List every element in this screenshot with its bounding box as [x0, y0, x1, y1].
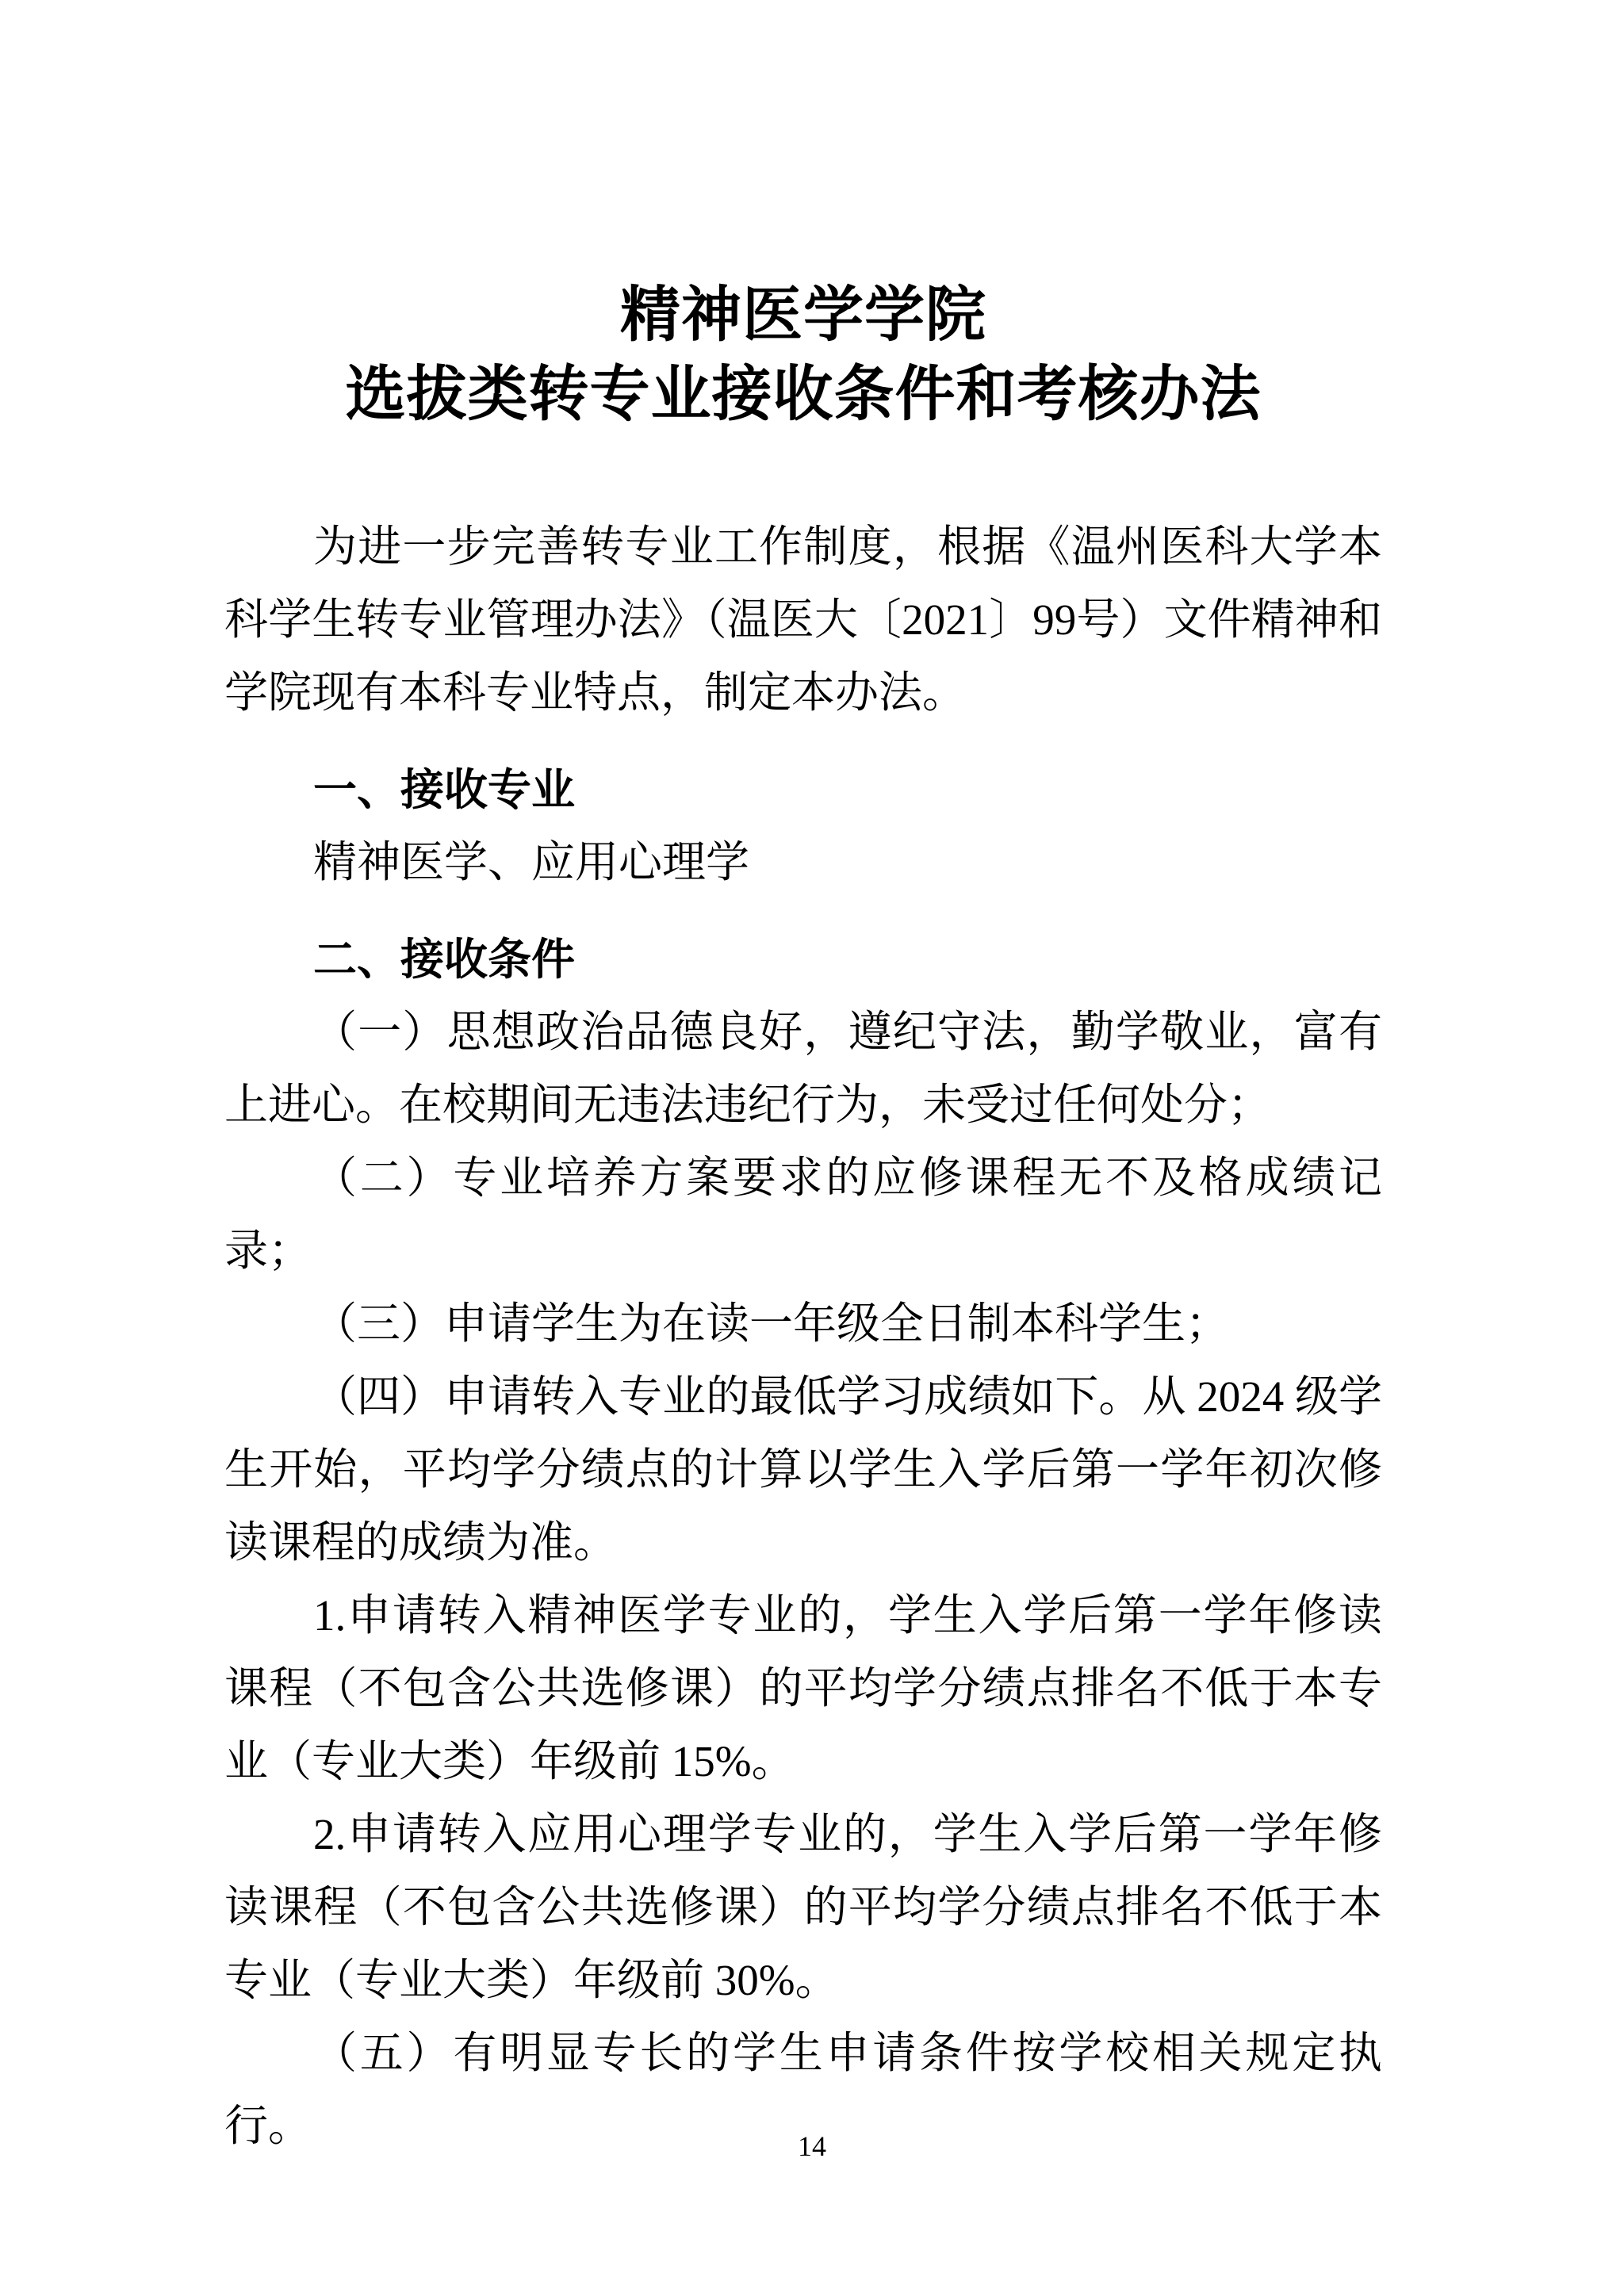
condition-item-1: （一）思想政治品德良好，遵纪守法，勤学敬业，富有上进心。在校期间无违法违纪行为，…	[224, 996, 1382, 1142]
document-content: 精神医学学院 选拔类转专业接收条件和考核办法 为进一步完善转专业工作制度，根据《…	[224, 276, 1382, 2163]
condition-item-4-sub-2: 2.申请转入应用心理学专业的，学生入学后第一学年修读课程（不包含公共选修课）的平…	[224, 1798, 1382, 2017]
title-line-1: 精神医学学院	[224, 276, 1382, 355]
intro-paragraph: 为进一步完善转专业工作制度，根据《温州医科大学本科学生转专业管理办法》（温医大〔…	[224, 511, 1382, 729]
condition-item-4: （四）申请转入专业的最低学习成绩如下。从 2024 级学生开始，平均学分绩点的计…	[224, 1360, 1382, 1579]
page-number: 14	[0, 2129, 1624, 2164]
condition-item-3: （三）申请学生为在读一年级全日制本科学生；	[224, 1288, 1382, 1360]
condition-item-4-sub-1: 1.申请转入精神医学专业的，学生入学后第一学年修读课程（不包含公共选修课）的平均…	[224, 1579, 1382, 1798]
condition-item-2: （二）专业培养方案要求的应修课程无不及格成绩记录；	[224, 1142, 1382, 1288]
document-title: 精神医学学院 选拔类转专业接收条件和考核办法	[224, 276, 1382, 434]
title-line-2: 选拔类转专业接收条件和考核办法	[224, 355, 1382, 434]
section-1-paragraph-majors: 精神医学、应用心理学	[224, 826, 1382, 899]
section-1-heading: 一、接收专业	[224, 753, 1382, 826]
document-page: 精神医学学院 选拔类转专业接收条件和考核办法 为进一步完善转专业工作制度，根据《…	[0, 0, 1624, 2296]
section-2-heading: 二、接收条件	[224, 923, 1382, 996]
